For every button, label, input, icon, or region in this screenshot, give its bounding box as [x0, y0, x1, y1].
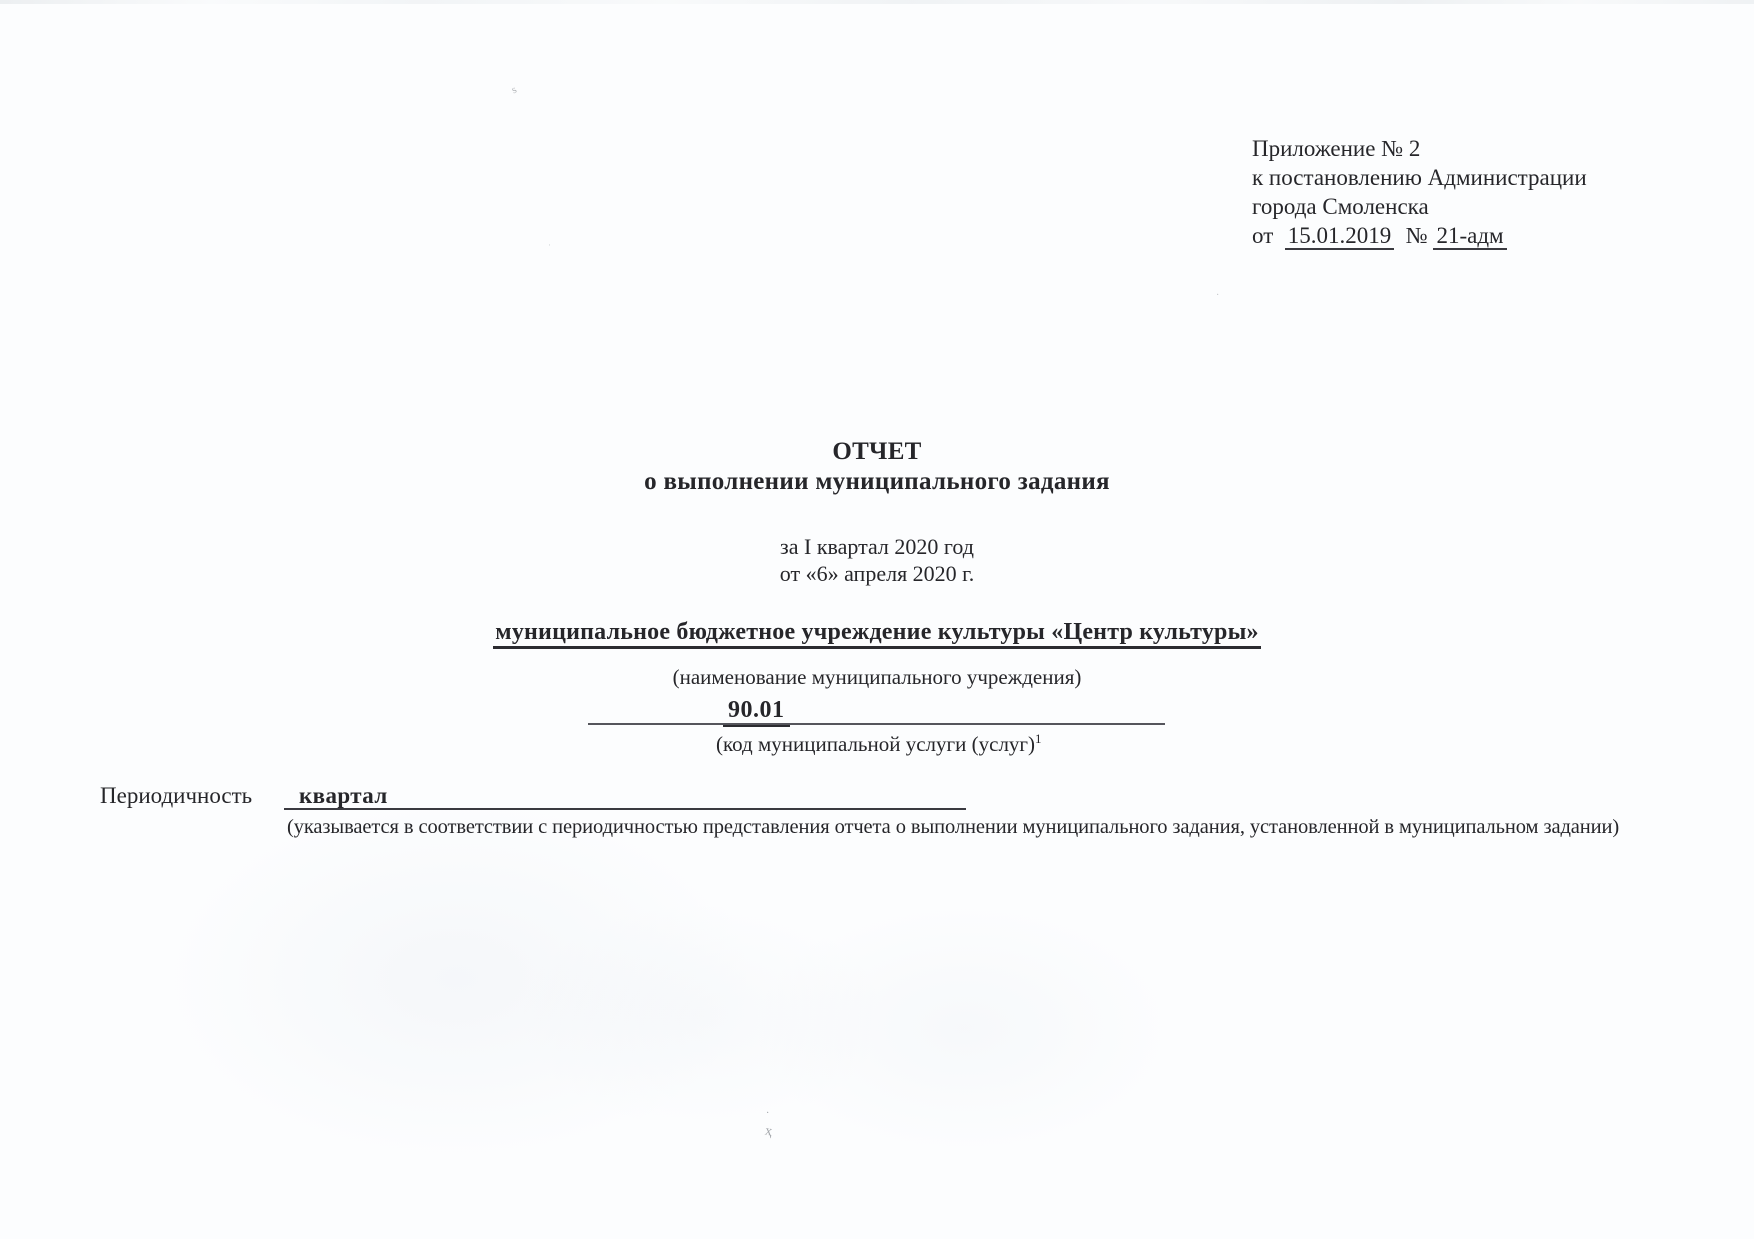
- service-code-caption: (код муниципальной услуги (услуг)1: [716, 731, 1042, 757]
- scan-artifact: ·: [766, 1108, 769, 1119]
- report-period: за I квартал 2020 год от «6» апреля 2020…: [0, 533, 1754, 587]
- appendix-note-line4: от 15.01.2019 № 21-адм: [1252, 221, 1587, 250]
- report-period-quarter: за I квартал 2020 год: [0, 533, 1754, 560]
- appendix-number: 21-адм: [1433, 223, 1506, 250]
- appendix-no-sign: №: [1406, 223, 1428, 248]
- service-code-rule: [588, 723, 1165, 725]
- document-page: Приложение № 2 к постановлению Администр…: [0, 0, 1754, 1239]
- report-period-date: от «6» апреля 2020 г.: [0, 560, 1754, 587]
- report-title-line1: ОТЧЕТ: [0, 437, 1754, 467]
- scan-artifact: ҳ: [764, 1124, 774, 1141]
- periodicity-rule: [284, 808, 966, 810]
- appendix-note: Приложение № 2 к постановлению Администр…: [1252, 134, 1587, 250]
- institution-caption: (наименование муниципального учреждения): [0, 665, 1754, 690]
- appendix-date: 15.01.2019: [1285, 223, 1395, 250]
- scan-artifact: ·: [1216, 290, 1219, 301]
- appendix-date-prefix: от: [1252, 223, 1273, 248]
- appendix-note-line2: к постановлению Администрации: [1252, 163, 1587, 192]
- institution-name: муниципальное бюджетное учреждение культ…: [0, 619, 1754, 646]
- periodicity-caption: (указывается в соответствии с периодично…: [287, 816, 1619, 839]
- report-title: ОТЧЕТ о выполнении муниципального задани…: [0, 437, 1754, 497]
- report-title-line2: о выполнении муниципального задания: [0, 467, 1754, 497]
- periodicity-value: квартал: [299, 783, 388, 809]
- appendix-note-line3: города Смоленска: [1252, 192, 1587, 221]
- service-code-footnote-mark: 1: [1035, 731, 1042, 746]
- scan-artifact: s: [510, 84, 519, 97]
- scan-artifact: ·: [548, 240, 551, 250]
- scan-top-edge: [0, 0, 1754, 4]
- appendix-note-line1: Приложение № 2: [1252, 134, 1587, 163]
- periodicity-label: Периодичность: [100, 783, 252, 809]
